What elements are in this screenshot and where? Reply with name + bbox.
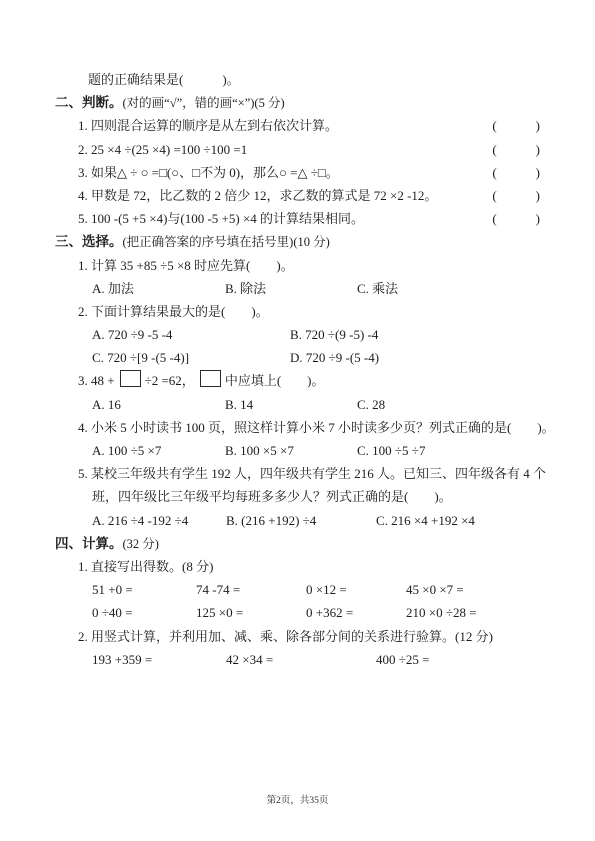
page-number-footer: 第2页，共35页 <box>0 792 595 806</box>
choice-q5-options: A. 216 ÷4 -192 ÷4B. (216 +192) ÷4C. 216 … <box>55 509 540 532</box>
calc-q2-stem: 2. 用竖式计算，并利用加、减、乘、除各部分间的关系进行验算。(12 分) <box>55 625 540 648</box>
calc-expression: 125 ×0 = <box>196 601 306 624</box>
choice-q2-option-d: D. 720 ÷9 -(5 -4) <box>290 346 379 369</box>
calc-expression: 210 ×0 ÷28 = <box>406 601 477 624</box>
judge-item-3-answer-bracket: ( ) <box>492 161 540 184</box>
choice-q2-option-c: C. 720 ÷[9 -(5 -4)] <box>92 346 290 369</box>
calc-expression: 45 ×0 ×7 = <box>406 578 464 601</box>
choice-q5-option-c: C. 216 ×4 +192 ×4 <box>376 509 475 532</box>
section-judge-title: 二、判断。 <box>55 95 123 110</box>
judge-item-2: 2. 25 ×4 ÷(25 ×4) =100 ÷100 =1( ) <box>55 138 540 161</box>
paper-content: 题的正确结果是( )。 二、判断。(对的画“√”，错的画“×”)(5 分) 1.… <box>55 68 540 671</box>
judge-item-1: 1. 四则混合运算的顺序是从左到右依次计算。( ) <box>55 114 540 137</box>
choice-q1-options: A. 加法B. 除法C. 乘法 <box>55 277 540 300</box>
calc-expression: 74 -74 = <box>196 578 306 601</box>
choice-q4-options: A. 100 ÷5 ×7B. 100 ×5 ×7C. 100 ÷5 ÷7 <box>55 439 540 462</box>
choice-q3-options: A. 16B. 14C. 28 <box>55 393 540 416</box>
calc-vertical-problem: 400 ÷25 = <box>376 648 429 671</box>
choice-q3-option-b: B. 14 <box>225 393 357 416</box>
choice-q5-stem-line1: 5. 某校三年级共有学生 192 人，四年级共有学生 216 人。已知三、四年级… <box>55 462 540 485</box>
section-calc-note: (32 分) <box>123 537 159 551</box>
choice-q1-option-c: C. 乘法 <box>357 277 398 300</box>
choice-q1-option-a: A. 加法 <box>92 277 225 300</box>
choice-q4-option-c: C. 100 ÷5 ÷7 <box>357 439 425 462</box>
choice-q3-stem: 3. 48 +÷2 =62，中应填上( )。 <box>55 369 540 392</box>
choice-q2-option-b: B. 720 ÷(9 -5) -4 <box>290 323 378 346</box>
choice-q5-option-b: B. (216 +192) ÷4 <box>226 509 376 532</box>
calc-q2-problems: 193 +359 =42 ×34 =400 ÷25 = <box>55 648 540 671</box>
choice-q2-options-row1: A. 720 ÷9 -5 -4B. 720 ÷(9 -5) -4 <box>55 323 540 346</box>
section-calc-title: 四、计算。 <box>55 536 123 551</box>
choice-q4-option-b: B. 100 ×5 ×7 <box>225 439 357 462</box>
choice-q5-stem-line2: 班，四年级比三年级平均每班多多少人？列式正确的是( )。 <box>55 485 540 508</box>
judge-item-4-answer-bracket: ( ) <box>492 184 540 207</box>
choice-q3-stem-mid: ÷2 =62， <box>145 373 195 388</box>
test-paper-page: 题的正确结果是( )。 二、判断。(对的画“√”，错的画“×”)(5 分) 1.… <box>0 0 595 841</box>
choice-q2-option-a: A. 720 ÷9 -5 -4 <box>92 323 290 346</box>
judge-item-4-text: 4. 甲数是 72，比乙数的 2 倍少 12，求乙数的算式是 72 ×2 -12… <box>78 184 437 207</box>
judge-item-1-text: 1. 四则混合运算的顺序是从左到右依次计算。 <box>78 114 338 137</box>
calc-vertical-problem: 193 +359 = <box>92 648 226 671</box>
choice-q2-stem: 2. 下面计算结果最大的是( )。 <box>55 300 540 323</box>
section-choice-note: (把正确答案的序号填在括号里)(10 分) <box>123 235 330 249</box>
blank-box <box>120 370 141 387</box>
judge-item-5: 5. 100 -(5 +5 ×4)与(100 -5 +5) ×4 的计算结果相同… <box>55 207 540 230</box>
choice-q1-option-b: B. 除法 <box>225 277 357 300</box>
calc-vertical-problem: 42 ×34 = <box>226 648 376 671</box>
choice-q3-stem-post: 中应填上( )。 <box>225 373 325 388</box>
calc-expression: 0 ÷40 = <box>92 601 196 624</box>
choice-q3-option-c: C. 28 <box>357 393 385 416</box>
choice-q2-options-row2: C. 720 ÷[9 -(5 -4)]D. 720 ÷9 -(5 -4) <box>55 346 540 369</box>
choice-q4-stem: 4. 小米 5 小时读书 100 页，照这样计算小米 7 小时读多少页？列式正确… <box>55 416 540 439</box>
section-choice-title: 三、选择。 <box>55 234 123 249</box>
calc-q1-row2: 0 ÷40 =125 ×0 =0 +362 =210 ×0 ÷28 = <box>55 601 540 624</box>
choice-q5-option-a: A. 216 ÷4 -192 ÷4 <box>92 509 226 532</box>
calc-expression: 51 +0 = <box>92 578 196 601</box>
section-judge-note: (对的画“√”，错的画“×”)(5 分) <box>123 96 285 110</box>
choice-q4-option-a: A. 100 ÷5 ×7 <box>92 439 225 462</box>
choice-q1-stem: 1. 计算 35 +85 ÷5 ×8 时应先算( )。 <box>55 254 540 277</box>
judge-item-3-text: 3. 如果△ ÷ ○ =□(○、□不为 0)，那么○ =△ ÷□。 <box>78 161 339 184</box>
judge-item-5-text: 5. 100 -(5 +5 ×4)与(100 -5 +5) ×4 的计算结果相同… <box>78 207 364 230</box>
choice-q3-option-a: A. 16 <box>92 393 225 416</box>
judge-item-5-answer-bracket: ( ) <box>492 207 540 230</box>
carryover-question-line: 题的正确结果是( )。 <box>55 68 540 91</box>
blank-box <box>200 370 221 387</box>
section-judge-heading: 二、判断。(对的画“√”，错的画“×”)(5 分) <box>55 91 540 114</box>
judge-item-1-answer-bracket: ( ) <box>492 114 540 137</box>
judge-item-2-answer-bracket: ( ) <box>492 138 540 161</box>
judge-item-3: 3. 如果△ ÷ ○ =□(○、□不为 0)，那么○ =△ ÷□。( ) <box>55 161 540 184</box>
section-choice-heading: 三、选择。(把正确答案的序号填在括号里)(10 分) <box>55 230 540 253</box>
choice-q3-stem-pre: 3. 48 + <box>78 373 115 388</box>
calc-expression: 0 +362 = <box>306 601 406 624</box>
calc-q1-row1: 51 +0 =74 -74 =0 ×12 =45 ×0 ×7 = <box>55 578 540 601</box>
judge-item-4: 4. 甲数是 72，比乙数的 2 倍少 12，求乙数的算式是 72 ×2 -12… <box>55 184 540 207</box>
section-calc-heading: 四、计算。(32 分) <box>55 532 540 555</box>
calc-expression: 0 ×12 = <box>306 578 406 601</box>
judge-item-2-text: 2. 25 ×4 ÷(25 ×4) =100 ÷100 =1 <box>78 138 247 161</box>
calc-q1-stem: 1. 直接写出得数。(8 分) <box>55 555 540 578</box>
